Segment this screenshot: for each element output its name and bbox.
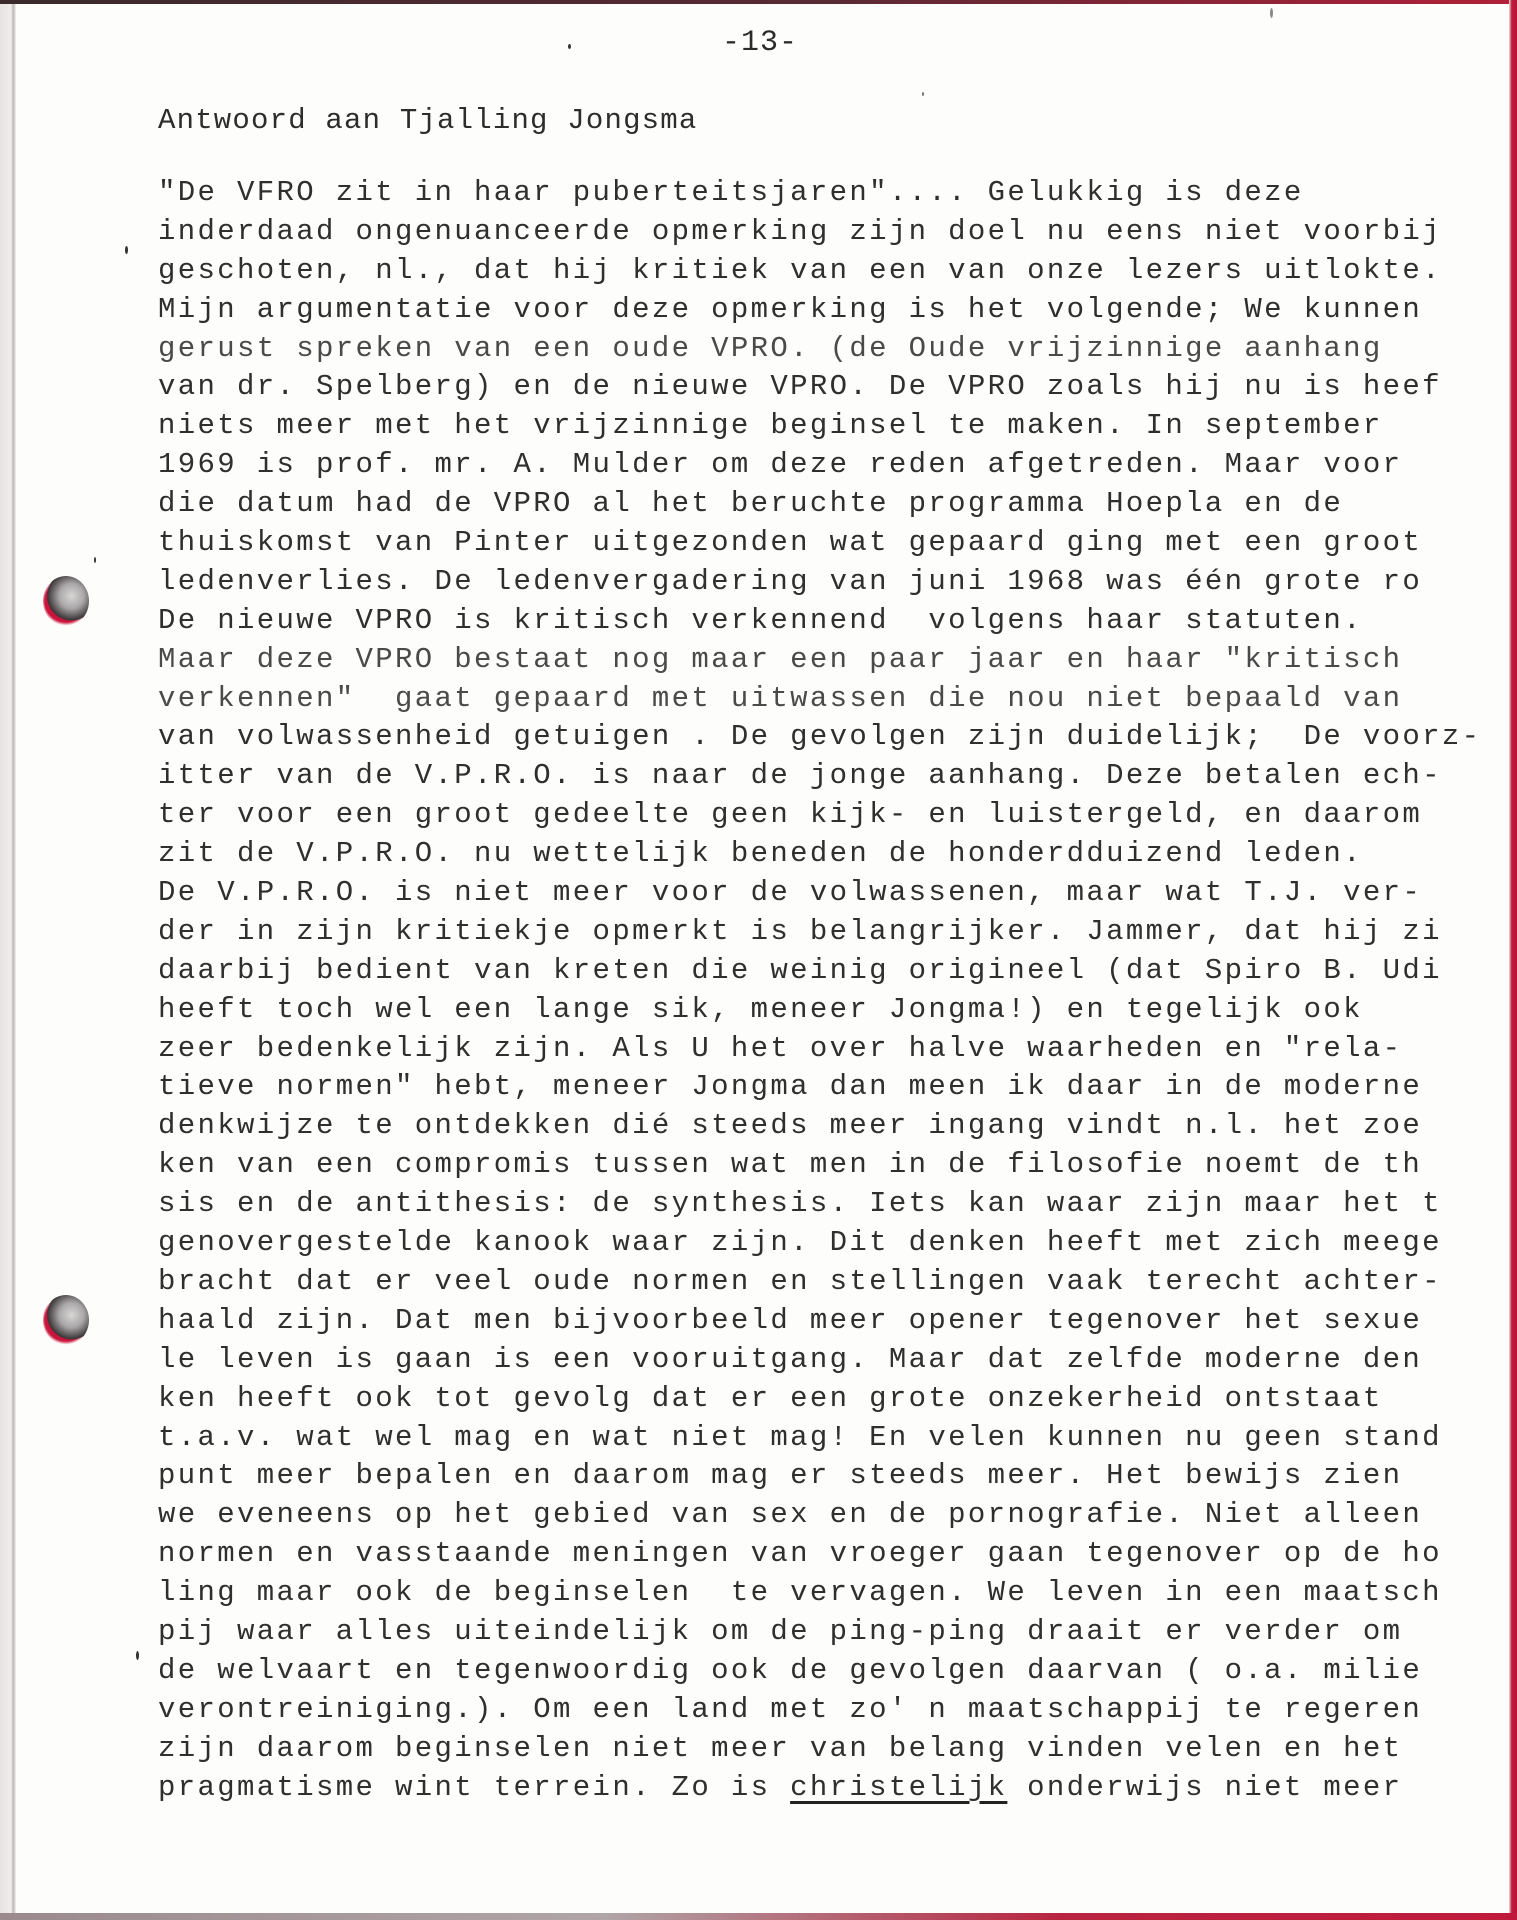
text-line: we eveneens op het gebied van sex en de …	[158, 1496, 1498, 1535]
ink-speck	[136, 1651, 139, 1660]
text-line: ledenverlies. De ledenvergadering van ju…	[158, 563, 1498, 602]
text-line: tieve normen" hebt, meneer Jongma dan me…	[158, 1068, 1498, 1107]
text-line: bracht dat er veel oude normen en stelli…	[158, 1263, 1498, 1302]
text-line: pij waar alles uiteindelijk om de ping-p…	[158, 1613, 1498, 1652]
text-line: geschoten, nl., dat hij kritiek van een …	[158, 252, 1498, 291]
text-fragment: pragmatisme wint terrein. Zo is	[158, 1771, 790, 1804]
ink-speck	[1270, 8, 1273, 18]
text-line: die datum had de VPRO al het beruchte pr…	[158, 485, 1498, 524]
scanned-page: -13- Antwoord aan Tjalling Jongsma "De V…	[0, 0, 1517, 1920]
text-line: zeer bedenkelijk zijn. Als U het over ha…	[158, 1030, 1498, 1069]
text-fragment: onderwijs niet meer	[1007, 1771, 1402, 1804]
text-line: gerust spreken van een oude VPRO. (de Ou…	[158, 330, 1498, 369]
text-line: ter voor een groot gedeelte geen kijk- e…	[158, 796, 1498, 835]
text-line: De nieuwe VPRO is kritisch verkennend vo…	[158, 602, 1498, 641]
ink-speck	[922, 92, 924, 96]
text-line: genovergestelde kanook waar zijn. Dit de…	[158, 1224, 1498, 1263]
text-line: itter van de V.P.R.O. is naar de jonge a…	[158, 757, 1498, 796]
text-line: haald zijn. Dat men bijvoorbeeld meer op…	[158, 1302, 1498, 1341]
text-line: normen en vasstaande meningen van vroege…	[158, 1535, 1498, 1574]
text-line: punt meer bepalen en daarom mag er steed…	[158, 1457, 1498, 1496]
text-line: verontreiniging.). Om een land met zo' n…	[158, 1691, 1498, 1730]
article-title: Antwoord aan Tjalling Jongsma	[158, 104, 697, 137]
text-line: thuiskomst van Pinter uitgezonden wat ge…	[158, 524, 1498, 563]
text-line: niets meer met het vrijzinnige beginsel …	[158, 407, 1498, 446]
text-line: ken heeft ook tot gevolg dat er een grot…	[158, 1380, 1498, 1419]
text-line: t.a.v. wat wel mag en wat niet mag! En v…	[158, 1419, 1498, 1458]
text-line: "De VFRO zit in haar puberteitsjaren"...…	[158, 174, 1498, 213]
text-line-last: pragmatisme wint terrein. Zo is christel…	[158, 1769, 1498, 1808]
binding-margin	[0, 0, 16, 1920]
text-line: van dr. Spelberg) en de nieuwe VPRO. De …	[158, 368, 1498, 407]
text-line: de welvaart en tegenwoordig ook de gevol…	[158, 1652, 1498, 1691]
ink-speck	[94, 557, 96, 563]
page-edge-right	[1509, 0, 1517, 1920]
text-line: le leven is gaan is een vooruitgang. Maa…	[158, 1341, 1498, 1380]
article-body: "De VFRO zit in haar puberteitsjaren"...…	[158, 174, 1498, 1807]
punch-hole-icon	[43, 1295, 89, 1345]
punch-hole-icon	[43, 576, 89, 626]
text-line: ling maar ook de beginselen te vervagen.…	[158, 1574, 1498, 1613]
ink-speck	[125, 246, 128, 254]
page-edge-bottom	[0, 1913, 1517, 1920]
text-line: ken van een compromis tussen wat men in …	[158, 1146, 1498, 1185]
text-line: Maar deze VPRO bestaat nog maar een paar…	[158, 641, 1498, 680]
text-line: denkwijze te ontdekken dié steeds meer i…	[158, 1107, 1498, 1146]
text-line: zit de V.P.R.O. nu wettelijk beneden de …	[158, 835, 1498, 874]
text-line: verkennen" gaat gepaard met uitwassen di…	[158, 680, 1498, 719]
underlined-word: christelijk	[790, 1771, 1007, 1804]
text-line: heeft toch wel een lange sik, meneer Jon…	[158, 991, 1498, 1030]
text-line: De V.P.R.O. is niet meer voor de volwass…	[158, 874, 1498, 913]
page-number: -13-	[722, 26, 798, 60]
text-line: der in zijn kritiekje opmerkt is belangr…	[158, 913, 1498, 952]
text-line: inderdaad ongenuanceerde opmerking zijn …	[158, 213, 1498, 252]
ink-speck	[568, 44, 571, 49]
text-line: Mijn argumentatie voor deze opmerking is…	[158, 291, 1498, 330]
text-line: van volwassenheid getuigen . De gevolgen…	[158, 718, 1498, 757]
text-line: zijn daarom beginselen niet meer van bel…	[158, 1730, 1498, 1769]
text-line: sis en de antithesis: de synthesis. Iets…	[158, 1185, 1498, 1224]
text-line: daarbij bedient van kreten die weinig or…	[158, 952, 1498, 991]
page-edge-top	[0, 0, 1517, 4]
text-line: 1969 is prof. mr. A. Mulder om deze rede…	[158, 446, 1498, 485]
